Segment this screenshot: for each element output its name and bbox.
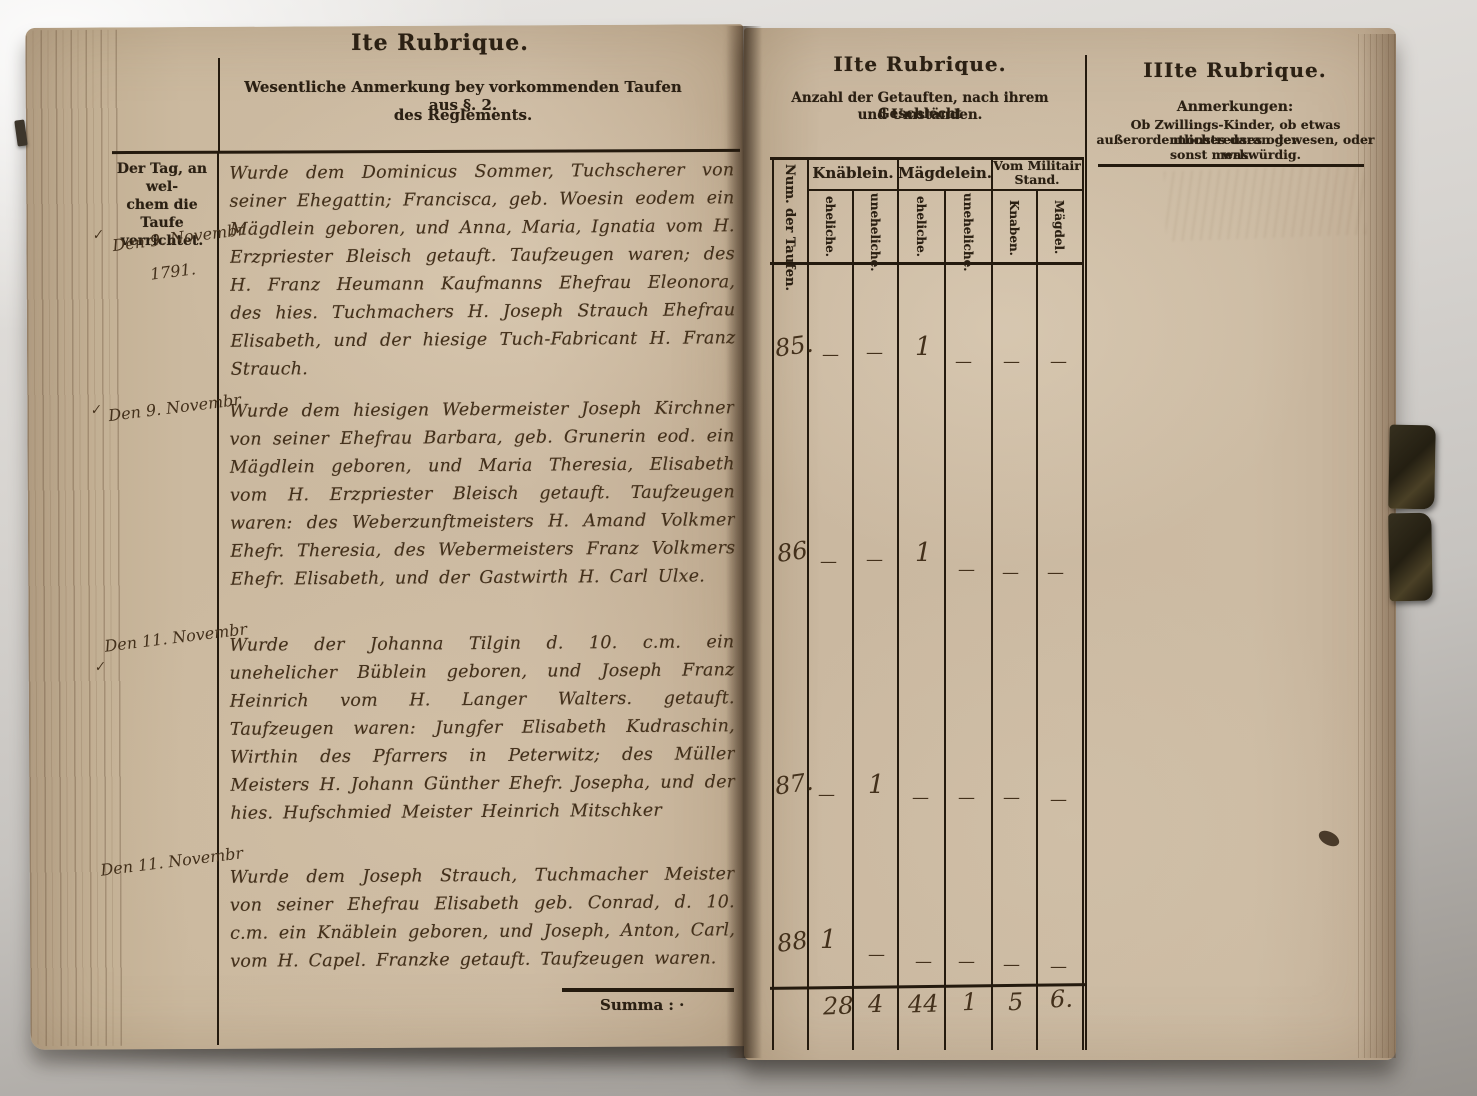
cell-mark: — <box>818 785 835 805</box>
left-rubric-subtitle-2: des Reglements. <box>228 106 698 124</box>
cell-mark: — <box>1050 957 1067 977</box>
left-rubric-title: Ite Rubrique. <box>260 30 620 56</box>
baptism-entry: Wurde dem hiesigen Webermeister Joseph K… <box>229 394 736 618</box>
baptism-entry: Wurde der Johanna Tilgin d. 10. c.m. ein… <box>229 628 736 858</box>
rubric3-title: IIIte Rubrique. <box>1095 58 1375 82</box>
group-header-militair-line1: Vom Militair <box>993 158 1081 173</box>
check-mark-icon: ✓ <box>91 227 104 244</box>
table-groupheader-rule <box>808 189 1084 191</box>
table-vline <box>807 157 809 1050</box>
summa-label: Summa : · <box>600 996 684 1014</box>
page-stack-edges <box>25 30 122 1046</box>
table-vline <box>852 190 854 1050</box>
photo-backdrop: Ite Rubrique. Wesentliche Anmerkung bey … <box>0 0 1477 1096</box>
cell-mark: — <box>955 352 972 372</box>
check-mark-icon: ✓ <box>89 402 102 419</box>
group-header-militair-line2: Stand. <box>1014 172 1059 187</box>
table-vline <box>991 157 993 1050</box>
cell-mark: — <box>1047 563 1064 583</box>
cell-mark: — <box>958 560 975 580</box>
row-num: 85. <box>773 329 815 362</box>
cell-mark: — <box>822 345 839 365</box>
cell-mark: — <box>1002 563 1019 583</box>
group-header-maegdelein: Mägdelein. <box>898 164 992 182</box>
subcol-label: eheliche. <box>914 196 928 257</box>
cell-mark: — <box>1003 788 1020 808</box>
summa-value: 5 <box>1008 988 1024 1017</box>
row-num: 88 <box>775 926 809 958</box>
rubric2-subtitle-2: und Umständen. <box>760 107 1080 123</box>
summa-value: 44 <box>908 989 940 1018</box>
cell-mark: — <box>868 945 885 965</box>
rubric3-line3: sonst merkwürdig. <box>1088 147 1383 162</box>
table-vline <box>1082 157 1084 1050</box>
check-mark-icon: ✓ <box>93 659 106 676</box>
summa-value: 28 <box>823 991 855 1020</box>
summa-value: 4 <box>868 990 884 1019</box>
ink-bleedthrough <box>1164 165 1366 242</box>
summa-value: 6. <box>1050 985 1074 1014</box>
cell-mark: — <box>1003 352 1020 372</box>
cell-mark: 1 <box>915 332 932 362</box>
num-column-label: Num. der Taufen. <box>782 164 797 291</box>
cell-mark: — <box>1003 955 1020 975</box>
subcol-label: Knaben. <box>1007 200 1021 256</box>
subcol-label: uneheliche. <box>868 193 882 271</box>
cell-mark: — <box>1050 352 1067 372</box>
summa-value: 1 <box>962 988 978 1017</box>
baptism-entry: Wurde dem Joseph Strauch, Tuchmacher Mei… <box>230 860 736 986</box>
group-header-knaeblein: Knäblein. <box>808 164 898 182</box>
summa-rule <box>562 988 734 992</box>
cell-mark: — <box>958 788 975 808</box>
table-vline <box>1036 190 1038 1050</box>
rubric2-title: IIte Rubrique. <box>770 52 1070 76</box>
cell-mark: 1 <box>820 925 837 955</box>
row-num: 87. <box>773 767 815 800</box>
header-divider-line <box>218 58 220 152</box>
cell-mark: — <box>866 550 883 570</box>
subcol-label: uneheliche. <box>961 193 975 271</box>
row-num: 86 <box>775 536 809 568</box>
date-col-header-line1: Der Tag, an wel- <box>117 161 207 195</box>
cell-mark: 1 <box>868 770 885 800</box>
baptism-entry: Wurde dem Dominicus Sommer, Tuchscherer … <box>229 156 736 388</box>
cell-mark: — <box>912 788 929 808</box>
table-vline <box>772 157 774 1050</box>
cell-mark: — <box>1050 790 1067 810</box>
subcol-label: Mägdel. <box>1052 200 1066 254</box>
table-vline <box>897 157 899 1050</box>
cell-mark: — <box>866 343 883 363</box>
rubric-divider-line <box>1085 55 1087 1050</box>
table-vline <box>944 190 946 1050</box>
subcol-label: eheliche. <box>823 196 837 257</box>
leather-tab-icon <box>1388 425 1435 510</box>
date-column-line <box>217 152 219 1045</box>
cell-mark: — <box>915 952 932 972</box>
cell-mark: 1 <box>915 538 932 568</box>
leather-tab-icon <box>1388 513 1433 602</box>
rubric3-subtitle: Anmerkungen: <box>1095 99 1375 115</box>
cell-mark: — <box>820 552 837 572</box>
cell-mark: — <box>958 952 975 972</box>
